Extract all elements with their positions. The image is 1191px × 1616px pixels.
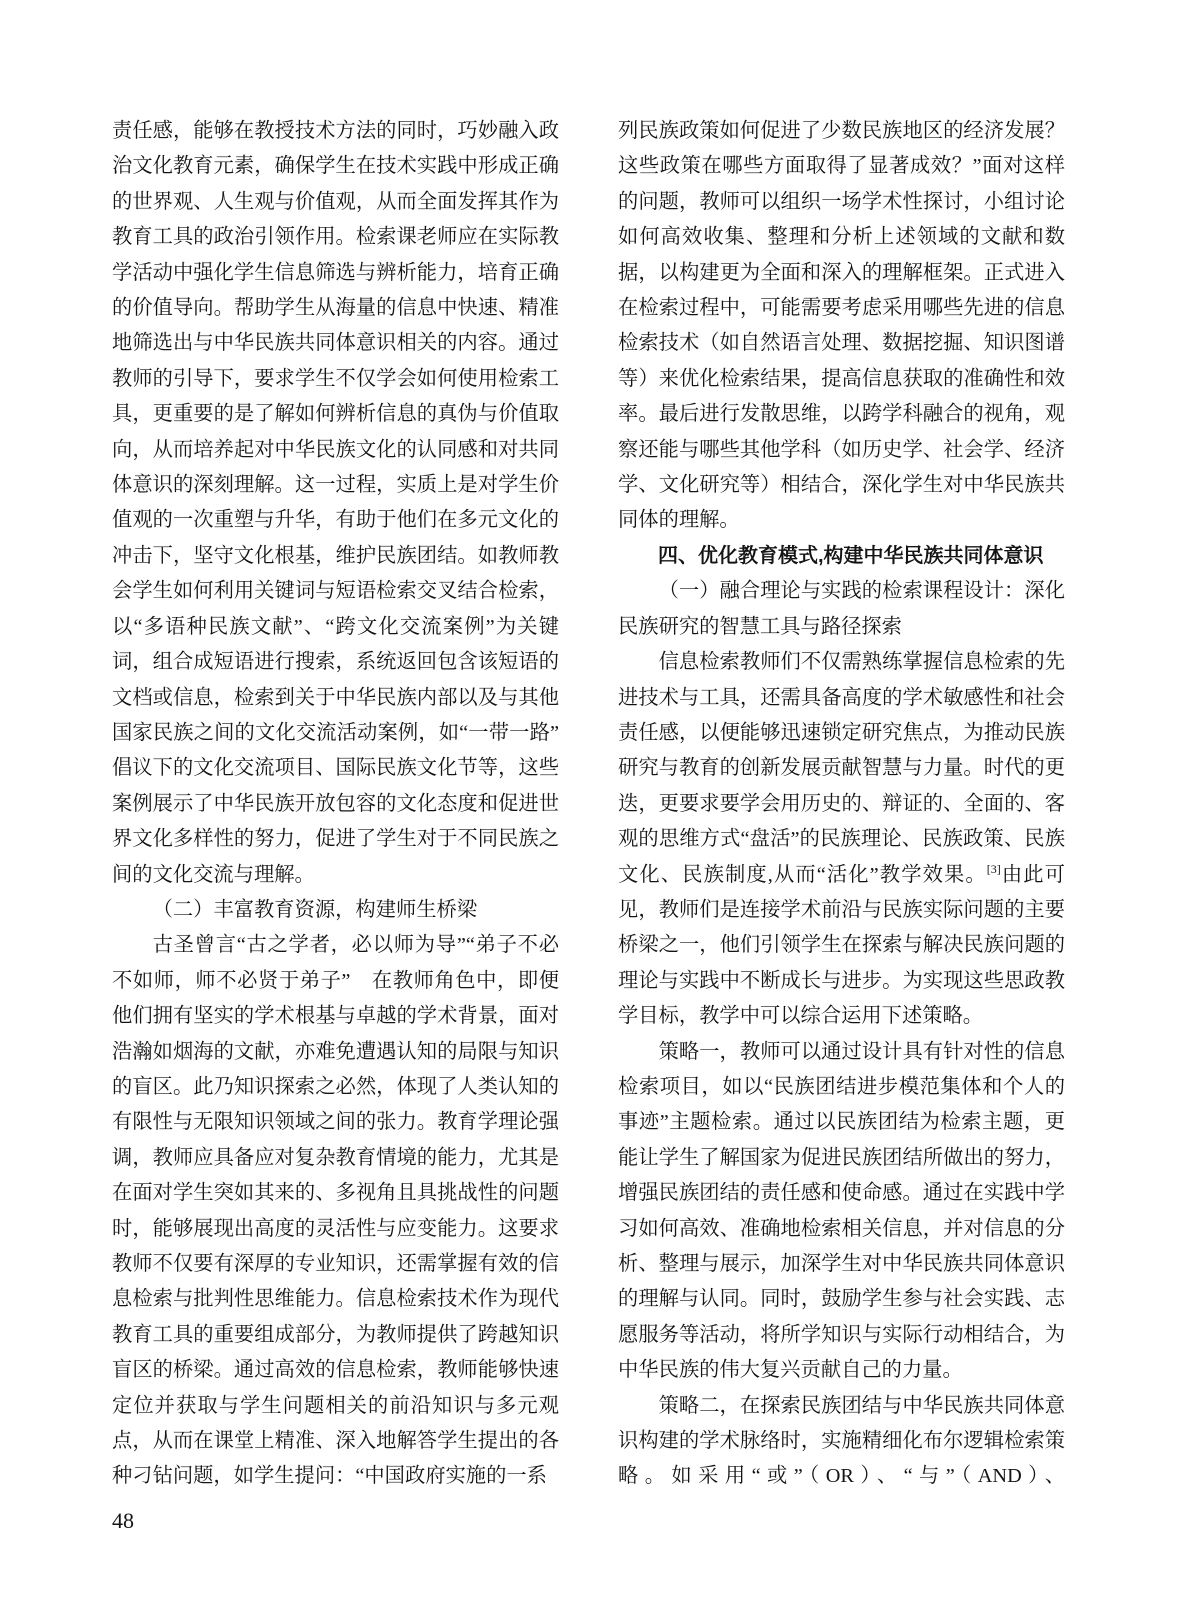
- paragraph: 策略二，在探索民族团结与中华民族共同体意识构建的学术脉络时，实施精细化布尔逻辑检…: [618, 1389, 1065, 1495]
- paragraph-with-citation: 信息检索教师们不仅需熟练掌握信息检索的先进技术与工具，还需具备高度的学术敏感性和…: [618, 645, 1065, 1034]
- right-column: 列民族政策如何促进了少数民族地区的经济发展？这些政策在哪些方面取得了显著成效？”…: [618, 114, 1065, 1495]
- paragraph-text: 由此可见，教师们是连接学术前沿与民族实际问题的主要桥梁之一，他们引领学生在探索与…: [618, 864, 1065, 1028]
- paragraph: 策略一，教师可以通过设计具有针对性的信息检索项目，如以“民族团结进步模范集体和个…: [618, 1035, 1065, 1389]
- citation-marker: [3]: [987, 862, 1001, 876]
- paragraph-continuation: 责任感，能够在教授技术方法的同时，巧妙融入政治文化教育元素，确保学生在技术实践中…: [112, 114, 559, 893]
- paragraph-continuation: 列民族政策如何促进了少数民族地区的经济发展？这些政策在哪些方面取得了显著成效？”…: [618, 114, 1065, 539]
- section-heading-4: 四、优化教育模式,构建中华民族共同体意识: [618, 539, 1065, 574]
- paragraph: 古圣曾言“古之学者，必以师为导”“弟子不必不如师，师不必贤于弟子” 在教师角色中…: [112, 928, 559, 1495]
- page-number: 48: [112, 1506, 134, 1536]
- subsection-heading-1: （一）融合理论与实践的检索课程设计：深化民族研究的智慧工具与路径探索: [618, 574, 1065, 645]
- subsection-heading-2: （二）丰富教育资源，构建师生桥梁: [112, 893, 559, 928]
- paragraph-text: 信息检索教师们不仅需熟练掌握信息检索的先进技术与工具，还需具备高度的学术敏感性和…: [618, 651, 1065, 885]
- left-column: 责任感，能够在教授技术方法的同时，巧妙融入政治文化教育元素，确保学生在技术实践中…: [112, 114, 559, 1495]
- document-page: 责任感，能够在教授技术方法的同时，巧妙融入政治文化教育元素，确保学生在技术实践中…: [0, 0, 1191, 1616]
